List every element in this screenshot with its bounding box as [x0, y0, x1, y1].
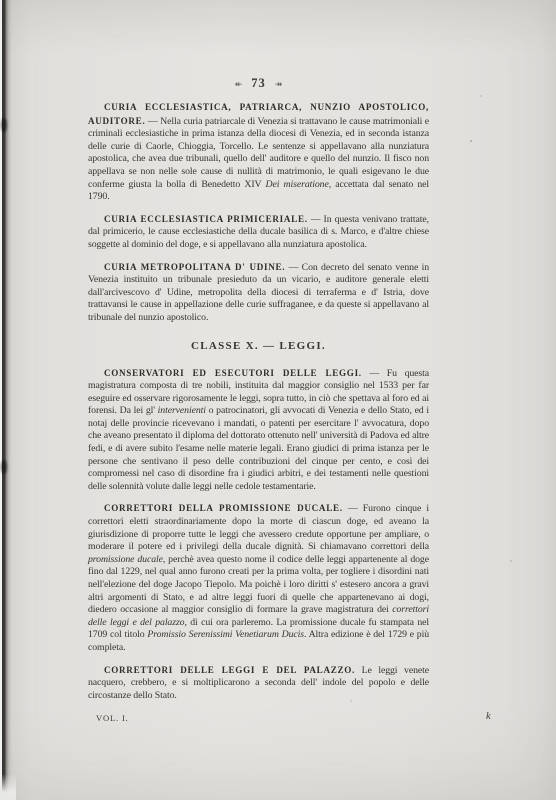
entry-heading: CONSERVATORI ED ESECUTORI DELLE LEGGI. — [104, 368, 362, 378]
binding-ink-blob — [1, 460, 7, 474]
entry-heading: CORRETTORI DELLE LEGGI E DEL PALAZZO. — [104, 665, 355, 675]
fleuron-left-icon: ↞ — [235, 80, 243, 90]
paragraph-curia-metropolitana-udine: CURIA METROPOLITANA D' UDINE. — Con decr… — [88, 261, 429, 325]
signature-mark: k — [486, 711, 491, 722]
paragraph-correttori-delle-leggi-e-del-palazzo: CORRETTORI DELLE LEGGI E DEL PALAZZO. Le… — [88, 664, 429, 703]
paragraph-correttori-della-promissione-ducale: CORRETTORI DELLA PROMISSIONE DUCALE. — F… — [88, 502, 429, 654]
scan-specks — [470, 140, 472, 142]
italic-text: Dei miseratione — [266, 179, 329, 190]
page-header: ↞ 73 ↠ — [88, 76, 429, 91]
binding-ink-blob — [1, 118, 7, 132]
section-heading: CLASSE X. — LEGGI. — [88, 340, 429, 352]
entry-heading: CURIA METROPOLITANA D' UDINE. — [104, 262, 285, 272]
paragraph-curia-ecclesiastica-patriarca: CURIA ECCLESIASTICA, PATRIARCA, NUNZIO A… — [88, 101, 429, 204]
page-number: 73 — [251, 76, 266, 91]
text-block: ↞ 73 ↠ CURIA ECCLESIASTICA, PATRIARCA, N… — [88, 76, 429, 727]
entry-heading: CURIA ECCLESIASTICA PRIMICERIALE. — [104, 214, 308, 224]
body-text: o patrocinatori, gli avvocati di Venezia… — [88, 405, 429, 492]
fleuron-right-icon: ↠ — [275, 80, 283, 90]
page-corner-highlight — [0, 774, 16, 800]
text-block-content: CURIA ECCLESIASTICA, PATRIARCA, NUNZIO A… — [88, 101, 429, 702]
volume-label: VOL. I. — [96, 713, 129, 723]
paragraph-conservatori-ed-esecutori-delle-leggi: CONSERVATORI ED ESECUTORI DELLE LEGGI. —… — [88, 367, 429, 494]
italic-text: promissione ducale — [88, 554, 163, 565]
italic-text: Promissio Serenissimi Venetiarum Ducis — [147, 629, 304, 640]
italic-text: intervenienti — [158, 405, 206, 416]
page-footer: VOL. I. k — [88, 711, 429, 727]
entry-heading: CORRETTORI DELLA PROMISSIONE DUCALE. — [104, 503, 343, 513]
scanned-book-page: ↞ 73 ↠ CURIA ECCLESIASTICA, PATRIARCA, N… — [0, 0, 556, 800]
paragraph-curia-ecclesiastica-primiceriale: CURIA ECCLESIASTICA PRIMICERIALE. — In q… — [88, 213, 429, 252]
